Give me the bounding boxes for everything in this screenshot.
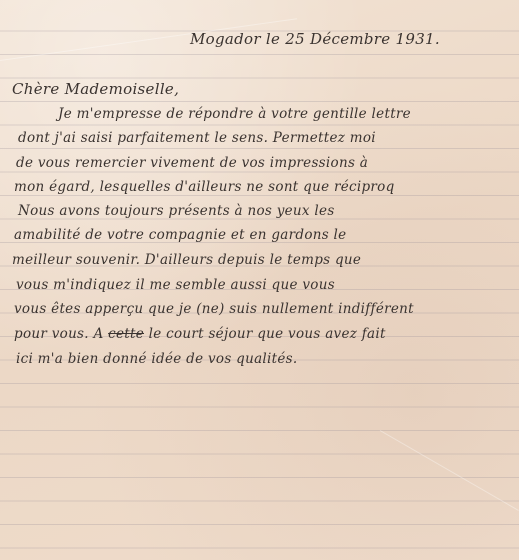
letter-line: mon égard, lesquelles d'ailleurs ne sont…	[14, 179, 395, 195]
letter-line: pour vous. A cette le court séjour que v…	[14, 326, 386, 342]
letter-line: Nous avons toujours présents à nos yeux …	[18, 203, 335, 219]
struck-word: cette	[108, 326, 144, 342]
letter-line: amabilité de votre compagnie et en gardo…	[14, 227, 346, 243]
salutation: Chère Mademoiselle,	[12, 80, 179, 98]
letter-line: de vous remercier vivement de vos impres…	[16, 155, 368, 171]
letter-line: dont j'ai saisi parfaitement le sens. Pe…	[18, 130, 376, 146]
letter-page: Mogador le 25 Décembre 1931. Chère Madem…	[0, 0, 519, 560]
letter-line: vous êtes apperçu que je (ne) suis nulle…	[14, 301, 414, 317]
dateline: Mogador le 25 Décembre 1931.	[190, 30, 440, 48]
letter-line: ici m'a bien donné idée de vos qualités.	[16, 351, 298, 367]
letter-line: Je m'empresse de répondre à votre gentil…	[58, 106, 411, 122]
letter-line: meilleur souvenir. D'ailleurs depuis le …	[12, 252, 361, 268]
letter-body: Mogador le 25 Décembre 1931. Chère Madem…	[0, 0, 519, 560]
letter-line: vous m'indiquez il me semble aussi que v…	[16, 277, 335, 293]
